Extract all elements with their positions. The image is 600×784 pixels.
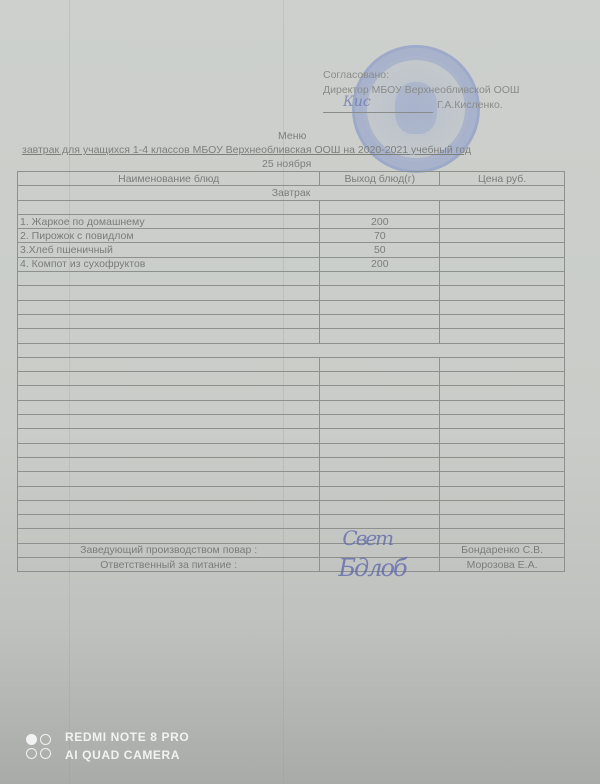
dish-name: 3.Хлеб пшеничный <box>18 243 320 257</box>
menu-table: Наименование блюд Выход блюд(г) Цена руб… <box>17 171 565 572</box>
dish-yield: 70 <box>320 229 440 243</box>
column-header-yield: Выход блюд(г) <box>320 172 440 186</box>
dish-name: 4. Компот из сухофруктов <box>18 257 320 271</box>
signature-name: Бондаренко С.В. <box>440 543 565 557</box>
dish-yield: 200 <box>320 257 440 271</box>
dish-name: 1. Жаркое по домашнему <box>18 214 320 228</box>
dish-price <box>440 229 565 243</box>
table-row <box>18 200 565 214</box>
empty-row <box>18 415 565 429</box>
empty-row <box>18 429 565 443</box>
signature-role: Заведующий производством повар : <box>18 543 320 557</box>
document-subtitle: завтрак для учащихся 1-4 классов МБОУ Ве… <box>22 144 471 156</box>
empty-row <box>18 486 565 500</box>
signature-role: Ответственный за питание : <box>18 558 320 572</box>
handwritten-signature: Свет <box>342 532 392 544</box>
document-date: 25 ноября <box>262 158 311 170</box>
empty-row <box>18 329 565 343</box>
camera-watermark: REDMI NOTE 8 PRO AI QUAD CAMERA <box>26 728 189 764</box>
approval-label: Согласовано: <box>323 68 520 83</box>
empty-row <box>18 400 565 414</box>
signature-name: Морозова Е.А. <box>440 558 565 572</box>
dish-price <box>440 243 565 257</box>
document-title: Меню <box>278 130 306 142</box>
empty-row <box>18 443 565 457</box>
empty-row <box>18 386 565 400</box>
section-row: Завтрак <box>18 186 565 200</box>
director-signature: Кис <box>343 95 371 110</box>
dish-yield: 200 <box>320 214 440 228</box>
director-signature-line: Кис <box>323 101 433 113</box>
table-row: 4. Компот из сухофруктов 200 <box>18 257 565 271</box>
quad-camera-icon <box>26 732 54 760</box>
table-row: 1. Жаркое по домашнему 200 <box>18 214 565 228</box>
watermark-device: REDMI NOTE 8 PRO <box>65 728 189 746</box>
empty-row <box>18 472 565 486</box>
empty-row <box>18 272 565 286</box>
table-row: 3.Хлеб пшеничный 50 <box>18 243 565 257</box>
empty-row <box>18 500 565 514</box>
handwritten-signature: Бдлоб <box>338 562 405 574</box>
signature-row: Ответственный за питание : Бдлоб Морозов… <box>18 558 565 572</box>
table-header-row: Наименование блюд Выход блюд(г) Цена руб… <box>18 172 565 186</box>
table-row: 2. Пирожок с повидлом 70 <box>18 229 565 243</box>
empty-row <box>18 372 565 386</box>
signature-row: Заведующий производством повар : Свет Бо… <box>18 543 565 557</box>
empty-row <box>18 529 565 543</box>
section-title: Завтрак <box>18 186 565 200</box>
empty-row <box>18 357 565 371</box>
approval-block: Согласовано: Директор МБОУ Верхнеобливск… <box>323 68 520 113</box>
empty-row <box>18 286 565 300</box>
dish-price <box>440 214 565 228</box>
dish-yield: 50 <box>320 243 440 257</box>
dish-name: 2. Пирожок с повидлом <box>18 229 320 243</box>
empty-row <box>18 457 565 471</box>
empty-row <box>18 300 565 314</box>
column-header-price: Цена руб. <box>440 172 565 186</box>
empty-row <box>18 314 565 328</box>
dish-price <box>440 257 565 271</box>
watermark-camera: AI QUAD CAMERA <box>65 746 189 764</box>
column-header-dish: Наименование блюд <box>18 172 320 186</box>
empty-section-row <box>18 343 565 357</box>
director-name: Г.А.Кисленко. <box>437 98 503 113</box>
empty-row <box>18 515 565 529</box>
